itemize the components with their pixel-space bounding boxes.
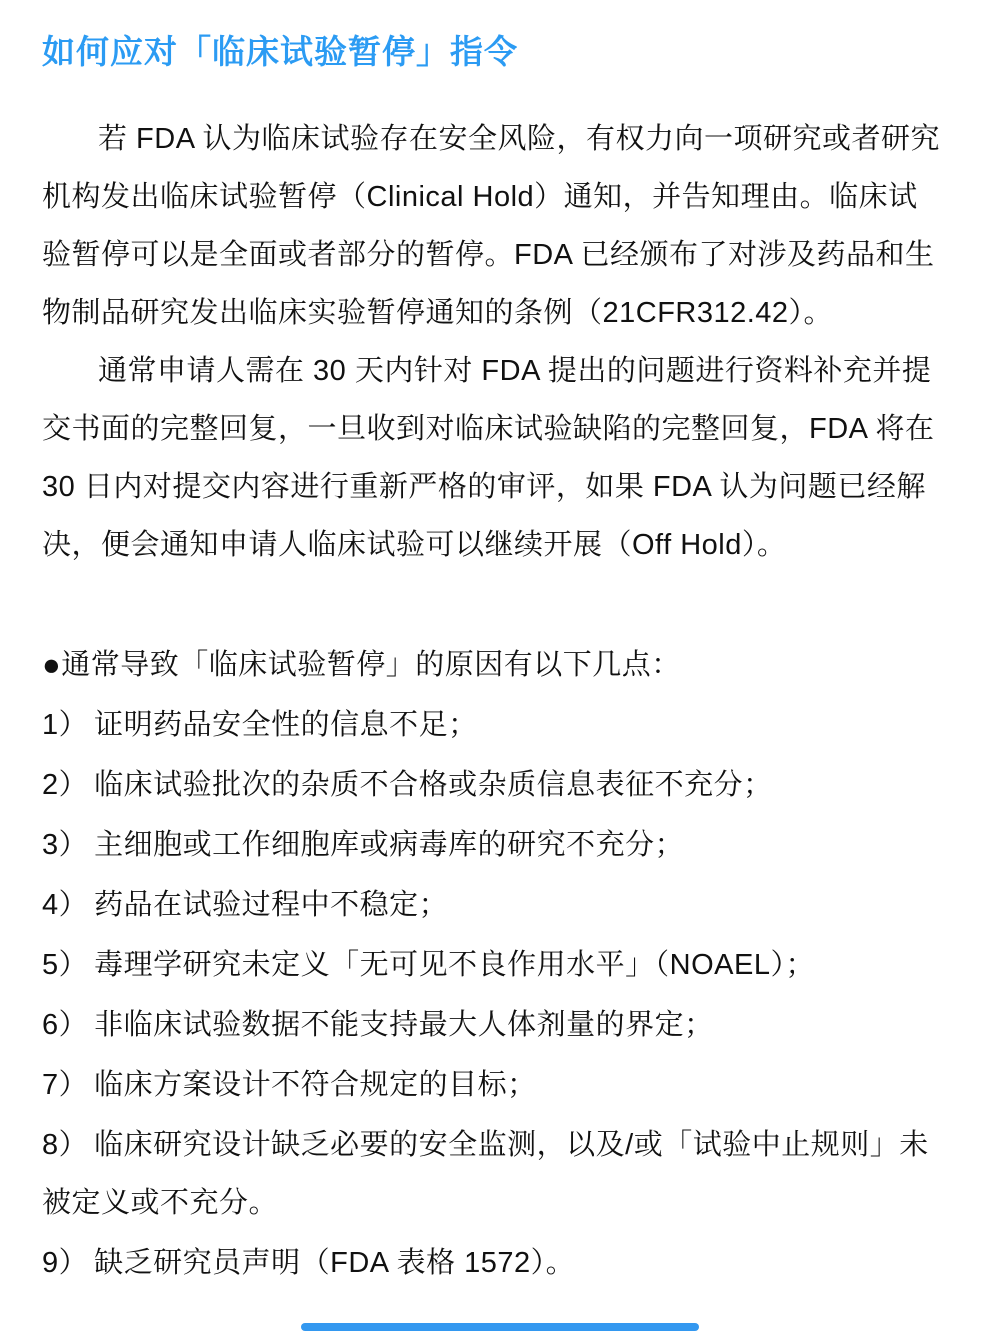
- list-item: 3）主细胞或工作细胞库或病毒库的研究不充分；: [42, 816, 958, 874]
- list-item-number: 5）: [42, 949, 88, 981]
- list-item-text: 临床试验批次的杂质不合格或杂质信息表征不充分；: [94, 769, 773, 801]
- bullet-icon: ●: [42, 647, 61, 682]
- list-item: 2）临床试验批次的杂质不合格或杂质信息表征不充分；: [42, 756, 958, 814]
- paragraph-line: 物制品研究发出临床实验暂停通知的条例（21CFR312.42）。: [42, 284, 958, 342]
- list-item-number: 6）: [42, 1009, 88, 1041]
- list-item-number: 1）: [42, 709, 88, 741]
- paragraph-line: 通常申请人需在 30 天内针对 FDA 提出的问题进行资料补充并提: [42, 342, 958, 400]
- paragraph-line: 机构发出临床试验暂停（Clinical Hold）通知，并告知理由。临床试: [42, 168, 958, 226]
- list-item: 9）缺乏研究员声明（FDA 表格 1572）。: [42, 1234, 958, 1292]
- reasons-list: 1）证明药品安全性的信息不足； 2）临床试验批次的杂质不合格或杂质信息表征不充分…: [42, 696, 958, 1292]
- list-item-text: 证明药品安全性的信息不足；: [94, 709, 478, 741]
- list-item-text: 主细胞或工作细胞库或病毒库的研究不充分；: [94, 829, 684, 861]
- page-title: 如何应对「临床试验暂停」指令: [42, 30, 958, 74]
- list-item-number: 8）: [42, 1129, 88, 1161]
- list-item-number: 7）: [42, 1069, 88, 1101]
- list-item-number: 4）: [42, 889, 88, 921]
- paragraph-line: 交书面的完整回复，一旦收到对临床试验缺陷的完整回复，FDA 将在: [42, 400, 958, 458]
- list-item-text: 缺乏研究员声明（FDA 表格 1572）。: [94, 1247, 575, 1279]
- list-item-text: 毒理学研究未定义「无可见不良作用水平」（NOAEL）；: [94, 949, 815, 981]
- paragraph-1: 若 FDA 认为临床试验存在安全风险，有权力向一项研究或者研究 机构发出临床试验…: [42, 110, 958, 342]
- list-item-text: 临床研究设计缺乏必要的安全监测，以及/或「试验中止规则」未: [94, 1129, 929, 1161]
- reasons-section-header: ●通常导致「临床试验暂停」的原因有以下几点：: [42, 636, 958, 694]
- list-item: 8）临床研究设计缺乏必要的安全监测，以及/或「试验中止规则」未 被定义或不充分。: [42, 1116, 958, 1232]
- reasons-header-text: 通常导致「临床试验暂停」的原因有以下几点：: [61, 649, 681, 681]
- article-page: 如何应对「临床试验暂停」指令 若 FDA 认为临床试验存在安全风险，有权力向一项…: [0, 0, 1000, 1333]
- list-item-line: 被定义或不充分。: [42, 1174, 958, 1232]
- list-item: 6）非临床试验数据不能支持最大人体剂量的界定；: [42, 996, 958, 1054]
- list-item-text: 非临床试验数据不能支持最大人体剂量的界定；: [94, 1009, 714, 1041]
- scroll-indicator-bar: [301, 1323, 699, 1331]
- list-item-number: 9）: [42, 1247, 88, 1279]
- list-item-text: 临床方案设计不符合规定的目标；: [94, 1069, 537, 1101]
- list-item: 4）药品在试验过程中不稳定；: [42, 876, 958, 934]
- list-item: 5）毒理学研究未定义「无可见不良作用水平」（NOAEL）；: [42, 936, 958, 994]
- list-item: 7）临床方案设计不符合规定的目标；: [42, 1056, 958, 1114]
- paragraph-2: 通常申请人需在 30 天内针对 FDA 提出的问题进行资料补充并提 交书面的完整…: [42, 342, 958, 574]
- paragraph-line: 验暂停可以是全面或者部分的暂停。FDA 已经颁布了对涉及药品和生: [42, 226, 958, 284]
- list-item-line: 8）临床研究设计缺乏必要的安全监测，以及/或「试验中止规则」未: [42, 1116, 958, 1174]
- list-item-number: 2）: [42, 769, 88, 801]
- paragraph-line: 若 FDA 认为临床试验存在安全风险，有权力向一项研究或者研究: [42, 110, 958, 168]
- paragraph-line: 30 日内对提交内容进行重新严格的审评，如果 FDA 认为问题已经解: [42, 458, 958, 516]
- list-item-number: 3）: [42, 829, 88, 861]
- paragraph-line: 决，便会通知申请人临床试验可以继续开展（Off Hold）。: [42, 516, 958, 574]
- list-item-text: 药品在试验过程中不稳定；: [94, 889, 448, 921]
- list-item: 1）证明药品安全性的信息不足；: [42, 696, 958, 754]
